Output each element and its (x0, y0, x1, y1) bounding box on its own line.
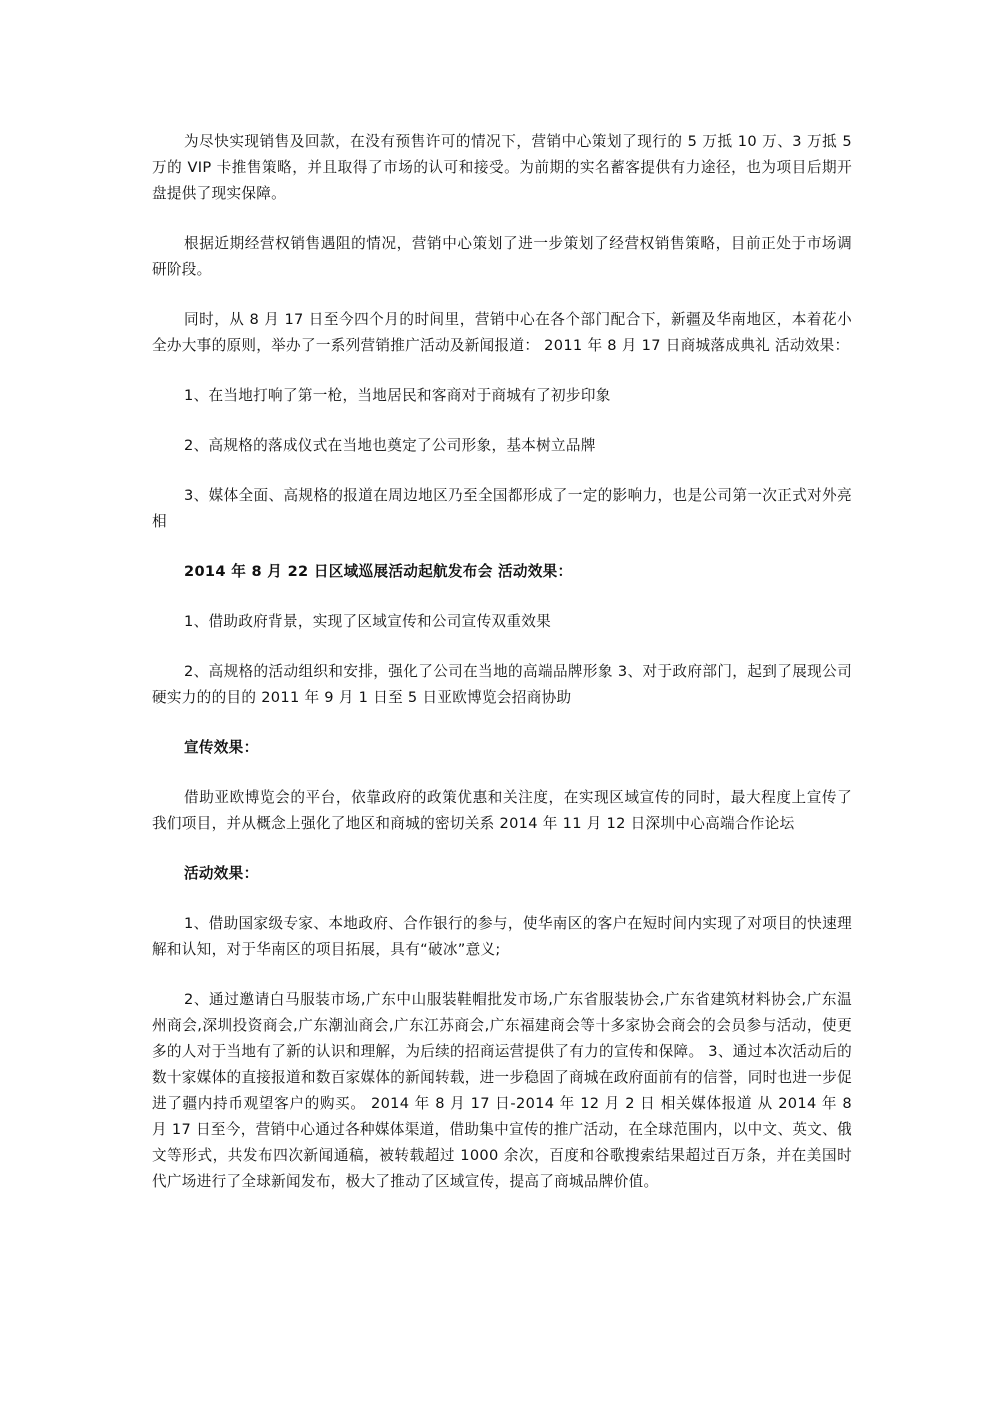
spacer (152, 887, 852, 911)
spacer (152, 535, 852, 559)
roadshow-effect-2: 2、高规格的活动组织和安排，强化了公司在当地的高端品牌形象 3、对于政府部门，起… (152, 659, 852, 711)
spacer (152, 359, 852, 383)
effect-item-1: 1、在当地打响了第一枪，当地居民和客商对于商城有了初步印象 (152, 383, 852, 409)
spacer (152, 761, 852, 785)
spacer (152, 711, 852, 735)
spacer (152, 207, 852, 231)
effect-item-3: 3、媒体全面、高规格的报道在周边地区乃至全国都形成了一定的影响力，也是公司第一次… (152, 483, 852, 535)
section-heading-activity-effect: 活动效果： (152, 861, 852, 887)
document-page: 为尽快实现销售及回款，在没有预售许可的情况下，营销中心策划了现行的 5 万抵 1… (152, 129, 852, 1195)
section-heading-publicity: 宣传效果： (152, 735, 852, 761)
spacer (152, 963, 852, 987)
paragraph-operating-rights: 根据近期经营权销售遇阻的情况，营销中心策划了进一步策划了经营权销售策略，目前正处… (152, 231, 852, 283)
spacer (152, 837, 852, 861)
paragraph-promotion-overview: 同时，从 8 月 17 日至今四个月的时间里，营销中心在各个部门配合下，新疆及华… (152, 307, 852, 359)
spacer (152, 459, 852, 483)
section-heading-roadshow: 2014 年 8 月 22 日区域巡展活动起航发布会 活动效果： (152, 559, 852, 585)
spacer (152, 283, 852, 307)
roadshow-effect-1: 1、借助政府背景，实现了区域宣传和公司宣传双重效果 (152, 609, 852, 635)
spacer (152, 409, 852, 433)
paragraph-expo-publicity: 借助亚欧博览会的平台，依靠政府的政策优惠和关注度，在实现区域宣传的同时，最大程度… (152, 785, 852, 837)
spacer (152, 635, 852, 659)
forum-effect-2: 2、通过邀请白马服装市场,广东中山服装鞋帽批发市场,广东省服装协会,广东省建筑材… (152, 987, 852, 1195)
paragraph-vip-card-strategy: 为尽快实现销售及回款，在没有预售许可的情况下，营销中心策划了现行的 5 万抵 1… (152, 129, 852, 207)
forum-effect-1: 1、借助国家级专家、本地政府、合作银行的参与，使华南区的客户在短时间内实现了对项… (152, 911, 852, 963)
effect-item-2: 2、高规格的落成仪式在当地也奠定了公司形象，基本树立品牌 (152, 433, 852, 459)
spacer (152, 585, 852, 609)
